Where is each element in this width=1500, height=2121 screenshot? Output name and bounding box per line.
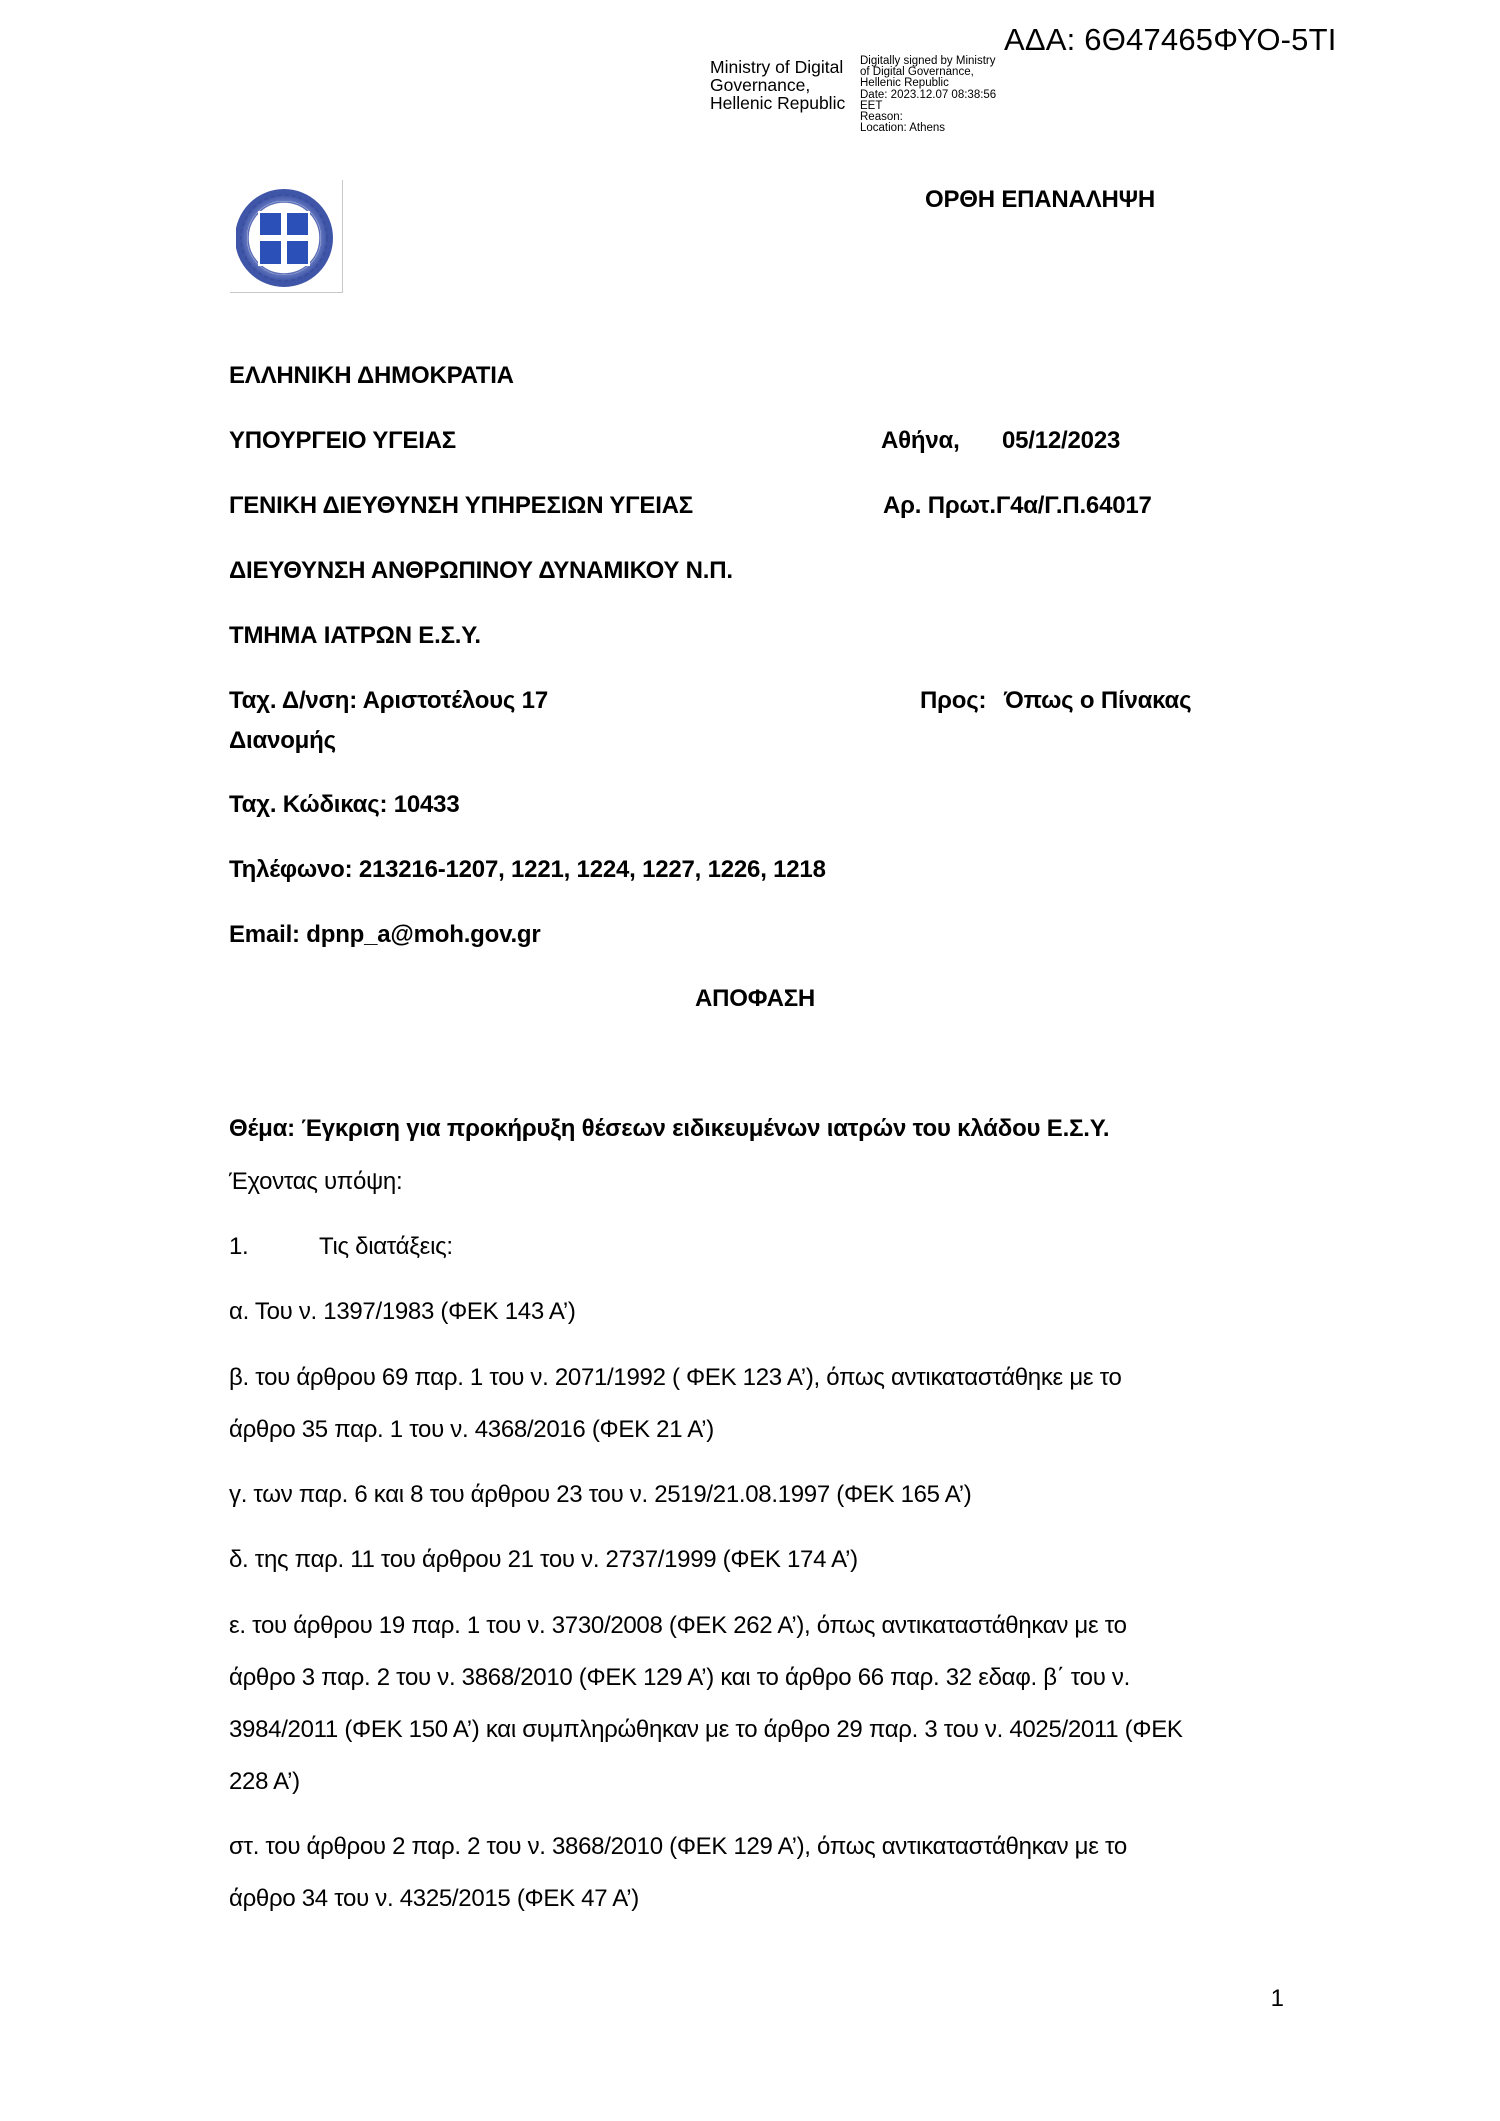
org-line-general-directorate: ΓΕΝΙΚΗ ΔΙΕΥΘΥΝΣΗ ΥΠΗΡΕΣΙΩΝ ΥΓΕΙΑΣ: [229, 492, 693, 520]
provision-b-line: άρθρο 35 παρ. 1 του ν. 4368/2016 (ΦΕΚ 21…: [229, 1416, 714, 1444]
subject-label: Θέμα:: [229, 1115, 295, 1142]
provision-f-line: άρθρο 34 του ν. 4325/2015 (ΦΕΚ 47 Α’): [229, 1885, 639, 1913]
signature-details: Digitally signed by Ministry of Digital …: [860, 56, 996, 134]
signer-line: Hellenic Republic: [710, 94, 845, 112]
signer-line: Ministry of Digital: [710, 58, 845, 76]
org-line-department: ΤΜΗΜΑ ΙΑΤΡΩΝ Ε.Σ.Υ.: [229, 622, 481, 650]
provision-f-line: στ. του άρθρου 2 παρ. 2 του ν. 3868/2010…: [229, 1833, 1127, 1861]
provision-e-line: άρθρο 3 παρ. 2 του ν. 3868/2010 (ΦΕΚ 129…: [229, 1664, 1130, 1692]
correction-title: ΟΡΘΗ ΕΠΑΝΑΛΗΨΗ: [925, 186, 1155, 214]
to-value: Όπως ο Πίνακας: [1004, 687, 1191, 715]
provision-b-line: β. του άρθρου 69 παρ. 1 του ν. 2071/1992…: [229, 1364, 1122, 1392]
protocol-number: Αρ. Πρωτ.Γ4α/Γ.Π.64017: [883, 492, 1152, 520]
considering: Έχοντας υπόψη:: [229, 1168, 402, 1196]
decision-title: ΑΠΟΦΑΣΗ: [695, 985, 815, 1013]
provision-d: δ. της παρ. 11 του άρθρου 21 του ν. 2737…: [229, 1546, 858, 1574]
org-line-ministry: ΥΠΟΥΡΓΕΙΟ ΥΓΕΙΑΣ: [229, 427, 456, 455]
email[interactable]: Email: dpnp_a@moh.gov.gr: [229, 921, 541, 949]
ada-code: ΑΔΑ: 6Θ47465ΦΥΟ-5ΤΙ: [1004, 22, 1337, 58]
org-line-republic: ΕΛΛΗΝΙΚΗ ΔΗΜΟΚΡΑΤΙΑ: [229, 362, 514, 390]
postal-address: Ταχ. Δ/νση: Αριστοτέλους 17: [229, 687, 548, 715]
signer-name: Ministry of Digital Governance, Hellenic…: [710, 58, 845, 112]
place: Αθήνα,: [881, 427, 960, 455]
signature-line: Hellenic Republic: [860, 78, 996, 89]
provision-a: α. Του ν. 1397/1983 (ΦΕΚ 143 Α’): [229, 1298, 576, 1326]
provision-e-line: ε. του άρθρου 19 παρ. 1 του ν. 3730/2008…: [229, 1612, 1127, 1640]
provision-c: γ. των παρ. 6 και 8 του άρθρου 23 του ν.…: [229, 1481, 971, 1509]
page-number: 1: [1271, 1985, 1284, 2013]
section-number: 1.: [229, 1233, 248, 1261]
to-label: Προς:: [920, 687, 986, 715]
subject-text: Έγκριση για προκήρυξη θέσεων ειδικευμένω…: [301, 1115, 1109, 1142]
subject: Θέμα: Έγκριση για προκήρυξη θέσεων ειδικ…: [229, 1115, 1109, 1143]
phone: Τηλέφωνο: 213216-1207, 1221, 1224, 1227,…: [229, 856, 826, 884]
date: 05/12/2023: [1002, 427, 1120, 455]
section-title: Τις διατάξεις:: [319, 1233, 453, 1261]
signer-line: Governance,: [710, 76, 845, 94]
greek-coat-of-arms-icon: [230, 180, 343, 293]
signature-line: Location: Athens: [860, 123, 996, 134]
distribution-label: Διανομής: [229, 727, 336, 755]
provision-e-line: 228 Α’): [229, 1768, 300, 1796]
org-line-directorate: ΔΙΕΥΘΥΝΣΗ ΑΝΘΡΩΠΙΝΟΥ ΔΥΝΑΜΙΚΟΥ Ν.Π.: [229, 557, 733, 585]
provision-e-line: 3984/2011 (ΦΕΚ 150 Α’) και συμπληρώθηκαν…: [229, 1716, 1183, 1744]
postal-code: Ταχ. Κώδικας: 10433: [229, 791, 459, 819]
